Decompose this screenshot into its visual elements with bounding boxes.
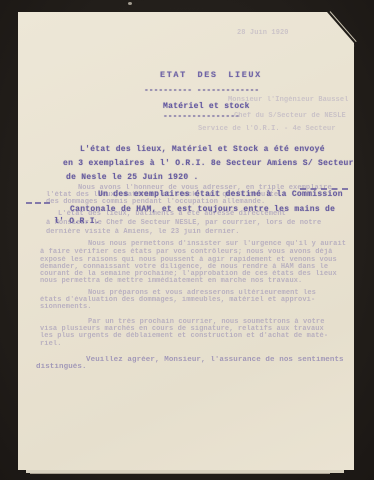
date-line: 28 Juin 1920 bbox=[237, 29, 289, 37]
faint-line: dernière visite à Amiens, le 23 juin der… bbox=[46, 228, 240, 236]
dust-speck bbox=[128, 2, 132, 5]
under-sheet-edge-shadow bbox=[30, 473, 330, 474]
title-underline: ---------- ------------- bbox=[144, 86, 259, 95]
scanned-letter-page: 28 Juin 1920 ETAT DES LIEUX ---------- -… bbox=[18, 12, 354, 470]
subtitle-underline: ---------------- bbox=[163, 112, 240, 121]
body-line: en 3 exemplaires à l' O.R.I. 8e Secteur … bbox=[63, 159, 354, 168]
body-line: de Nesle le 25 Juin 1920 . bbox=[66, 173, 199, 182]
faint-line: sionnements. bbox=[40, 303, 92, 311]
ink-dash-mark bbox=[26, 202, 50, 204]
faint-line: les plus urgents de déblaiement et const… bbox=[40, 332, 328, 340]
recipient-line: Chef du S/Secteur de NESLE bbox=[234, 112, 346, 120]
faint-line: nous permettra de mettre immédiatement e… bbox=[40, 277, 302, 285]
faint-line: riel. bbox=[40, 340, 62, 348]
body-line: Un des exemplaires était destiné à la Co… bbox=[98, 190, 343, 199]
faint-line: Nous nous permettons d'insister sur l'ur… bbox=[88, 240, 346, 248]
ink-dash-mark bbox=[300, 188, 348, 190]
body-line: Cantonale de HAM, et est toujours entre … bbox=[70, 205, 335, 214]
document-title: ETAT DES LIEUX bbox=[160, 70, 262, 80]
closing-line: distingués. bbox=[36, 363, 87, 371]
recipient-line: Service de l'O.R.I. - 4e Secteur bbox=[198, 125, 336, 133]
body-line: l' O.R.I. bbox=[54, 217, 100, 226]
body-line: L'état des lieux, Matériel et Stock a ét… bbox=[80, 145, 325, 154]
faint-line: à faire vérifier ces états par vos contr… bbox=[40, 248, 332, 256]
closing-line: Veuillez agréer, Monsieur, l'assurance d… bbox=[86, 356, 344, 364]
recipient-line: Monsieur l'Ingénieur Baussel bbox=[228, 96, 348, 104]
